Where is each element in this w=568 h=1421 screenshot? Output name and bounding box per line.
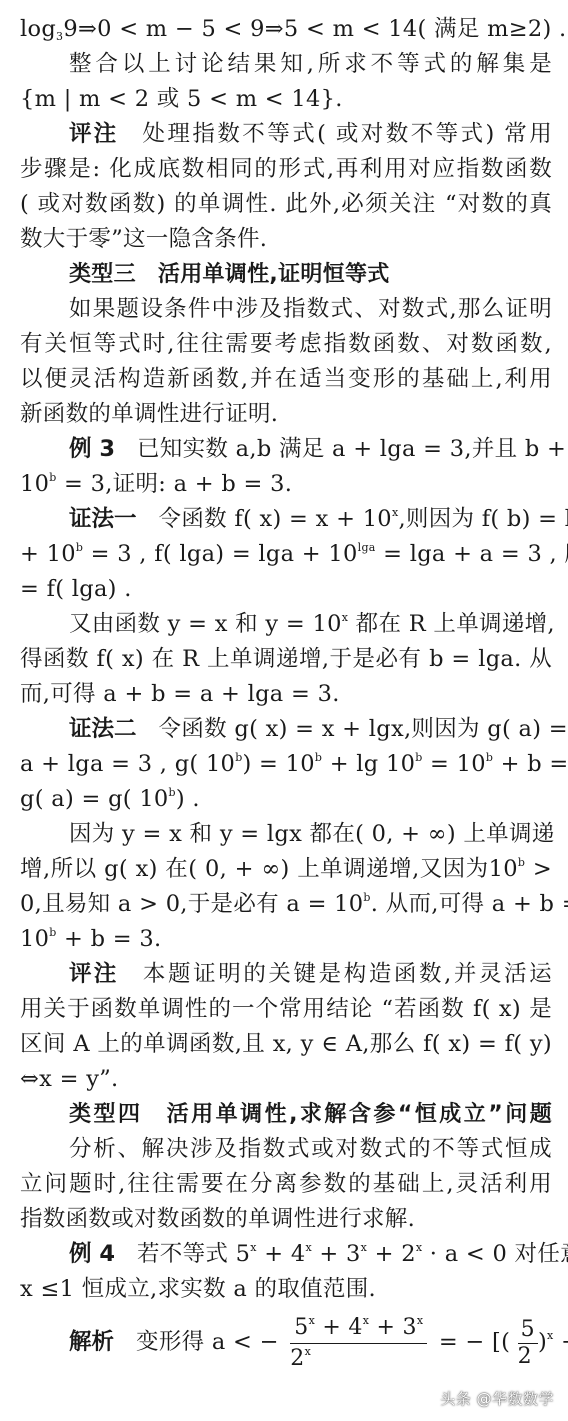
example-label: 例 4 xyxy=(69,1241,115,1267)
text-line: {m | m < 2 或 5 < m < 14}. xyxy=(20,82,552,117)
text-line: x ≤1 恒成立,求实数 a 的取值范围. xyxy=(20,1272,552,1307)
text-line: ( 或对数函数) 的单调性. 此外,必须关注 “对数的真 xyxy=(20,187,552,222)
text-line: ⇔x = y”. xyxy=(20,1062,552,1097)
proof-method-1: 证法一令函数 f( x) = x + 10x,则因为 f( b) = b xyxy=(20,502,552,537)
solution-label: 解析 xyxy=(69,1329,114,1355)
solution-line: 解析变形得 a < − 5x + 4x + 3x 2x = − [( 5 2 )… xyxy=(20,1307,552,1377)
section-heading-type-3: 类型三活用单调性,证明恒等式 xyxy=(20,257,552,292)
text-line: 0,且易知 a > 0,于是必有 a = 10b. 从而,可得 a + b = xyxy=(20,887,552,922)
text-line: 因为 y = x 和 y = lgx 都在( 0, + ∞) 上单调递 xyxy=(20,817,552,852)
text-line: 数大于零”这一隐含条件. xyxy=(20,222,552,257)
text-line: 步骤是: 化成底数相同的形式,再利用对应指数函数 xyxy=(20,152,552,187)
section-heading-type-4: 类型四活用单调性,求解含参“恒成立”问题 xyxy=(20,1097,552,1132)
text-line: g( a) = g( 10b) . xyxy=(20,782,552,817)
text-line: + 10b = 3 , f( lga) = lga + 10lga = lga … xyxy=(20,537,552,572)
proof-label: 证法二 xyxy=(69,716,137,742)
remark-paragraph: 评注本题证明的关键是构造函数,并灵活运 xyxy=(20,957,552,992)
text-line: 增,所以 g( x) 在( 0, + ∞) 上单调递增,又因为10b > xyxy=(20,852,552,887)
remark-paragraph: 评注处理指数不等式( 或对数不等式) 常用 xyxy=(20,117,552,152)
example-4: 例 4若不等式 5x + 4x + 3x + 2x · a < 0 对任意 xyxy=(20,1237,552,1272)
remark-label: 评注 xyxy=(69,961,119,987)
document-page: log39⇒0 < m − 5 < 9⇒5 < m < 14( 满足 m≥2) … xyxy=(20,12,552,1377)
text-line: 得函数 f( x) 在 R 上单调递增,于是必有 b = lga. 从 xyxy=(20,642,552,677)
example-3: 例 3已知实数 a,b 满足 a + lga = 3,并且 b + xyxy=(20,432,552,467)
text-line: 用关于函数单调性的一个常用结论 “若函数 f( x) 是 xyxy=(20,992,552,1027)
proof-label: 证法一 xyxy=(69,506,137,532)
fraction: 5 2 xyxy=(518,1319,538,1368)
text-line: = f( lga) . xyxy=(20,572,552,607)
text-line: 立问题时,往往需要在分离参数的基础上,灵活利用 xyxy=(20,1167,552,1202)
text-line: a + lga = 3 , g( 10b) = 10b + lg 10b = 1… xyxy=(20,747,552,782)
text-line: 分析、解决涉及指数式或对数式的不等式恒成 xyxy=(20,1132,552,1167)
text-line: 区间 A 上的单调函数,且 x, y ∈ A,那么 f( x) = f( y) xyxy=(20,1027,552,1062)
text-line: 如果题设条件中涉及指数式、对数式,那么证明 xyxy=(20,292,552,327)
text-line: 10b + b = 3. xyxy=(20,922,552,957)
text-line: 又由函数 y = x 和 y = 10x 都在 R 上单调递增, xyxy=(20,607,552,642)
text-line: 而,可得 a + b = a + lga = 3. xyxy=(20,677,552,712)
text-line: log39⇒0 < m − 5 < 9⇒5 < m < 14( 满足 m≥2) … xyxy=(20,12,552,47)
watermark: 头条 @华数数学 xyxy=(440,1388,554,1409)
text-line: 10b = 3,证明: a + b = 3. xyxy=(20,467,552,502)
proof-method-2: 证法二令函数 g( x) = x + lgx,则因为 g( a) = xyxy=(20,712,552,747)
text-line: 整合以上讨论结果知,所求不等式的解集是 xyxy=(20,47,552,82)
fraction: 5x + 4x + 3x 2x xyxy=(290,1317,427,1370)
text-line: 新函数的单调性进行证明. xyxy=(20,397,552,432)
example-label: 例 3 xyxy=(69,436,115,462)
text-line: 有关恒等式时,往往需要考虑指数函数、对数函数, xyxy=(20,327,552,362)
remark-label: 评注 xyxy=(69,121,118,147)
text-line: 以便灵活构造新函数,并在适当变形的基础上,利用 xyxy=(20,362,552,397)
text-line: 指数函数或对数函数的单调性进行求解. xyxy=(20,1202,552,1237)
